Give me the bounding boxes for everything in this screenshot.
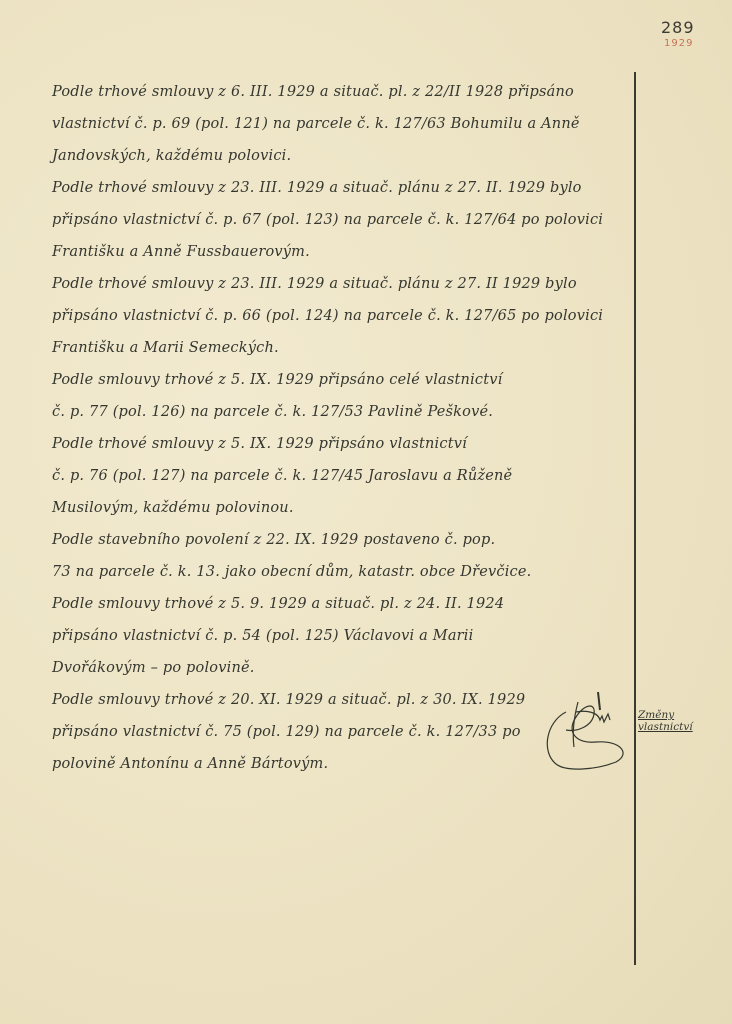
entry-line: č. p. 76 (pol. 127) na parcele č. k. 127… (52, 460, 632, 492)
entry-6: Podle stavebního povolení z 22. IX. 1929… (52, 524, 632, 588)
entry-line: č. p. 77 (pol. 126) na parcele č. k. 127… (52, 396, 632, 428)
entry-line: Dvořákovým – po polovině. (52, 652, 632, 684)
entry-line: Podle smlouvy trhové z 5. IX. 1929 přips… (52, 364, 632, 396)
margin-note: Změny vlastnictví (638, 709, 732, 733)
entry-line: připsáno vlastnictví č. p. 66 (pol. 124)… (52, 300, 632, 332)
entry-line: připsáno vlastnictví č. p. 67 (pol. 123)… (52, 204, 632, 236)
signature-icon (536, 692, 632, 782)
entry-line: Jandovských, každému polovici. (52, 140, 632, 172)
entry-line: Podle stavebního povolení z 22. IX. 1929… (52, 524, 632, 556)
entry-line: Podle trhové smlouvy z 5. IX. 1929 přips… (52, 428, 632, 460)
page-number: 289 (661, 18, 695, 37)
entry-line: vlastnictví č. p. 69 (pol. 121) na parce… (52, 108, 632, 140)
ledger-entries: Podle trhové smlouvy z 6. III. 1929 a si… (52, 76, 632, 780)
entry-3: Podle trhové smlouvy z 23. III. 1929 a s… (52, 268, 632, 364)
entry-2: Podle trhové smlouvy z 23. III. 1929 a s… (52, 172, 632, 268)
entry-line: 73 na parcele č. k. 13. jako obecní dům,… (52, 556, 632, 588)
entry-line: připsáno vlastnictví č. p. 54 (pol. 125)… (52, 620, 632, 652)
entry-line: Podle smlouvy trhové z 5. 9. 1929 a situ… (52, 588, 632, 620)
entry-line: Františku a Marii Semeckých. (52, 332, 632, 364)
entry-5: Podle trhové smlouvy z 5. IX. 1929 přips… (52, 428, 632, 524)
entry-4: Podle smlouvy trhové z 5. IX. 1929 přips… (52, 364, 632, 428)
entry-line: Františku a Anně Fussbauerovým. (52, 236, 632, 268)
year-stamp: 1929 (664, 38, 693, 49)
entry-line: Podle trhové smlouvy z 23. III. 1929 a s… (52, 268, 632, 300)
entry-line: Podle trhové smlouvy z 23. III. 1929 a s… (52, 172, 632, 204)
entry-1: Podle trhové smlouvy z 6. III. 1929 a si… (52, 76, 632, 172)
margin-rule (634, 72, 636, 965)
entry-7: Podle smlouvy trhové z 5. 9. 1929 a situ… (52, 588, 632, 684)
entry-line: Musilovým, každému polovinou. (52, 492, 632, 524)
entry-line: Podle trhové smlouvy z 6. III. 1929 a si… (52, 76, 632, 108)
